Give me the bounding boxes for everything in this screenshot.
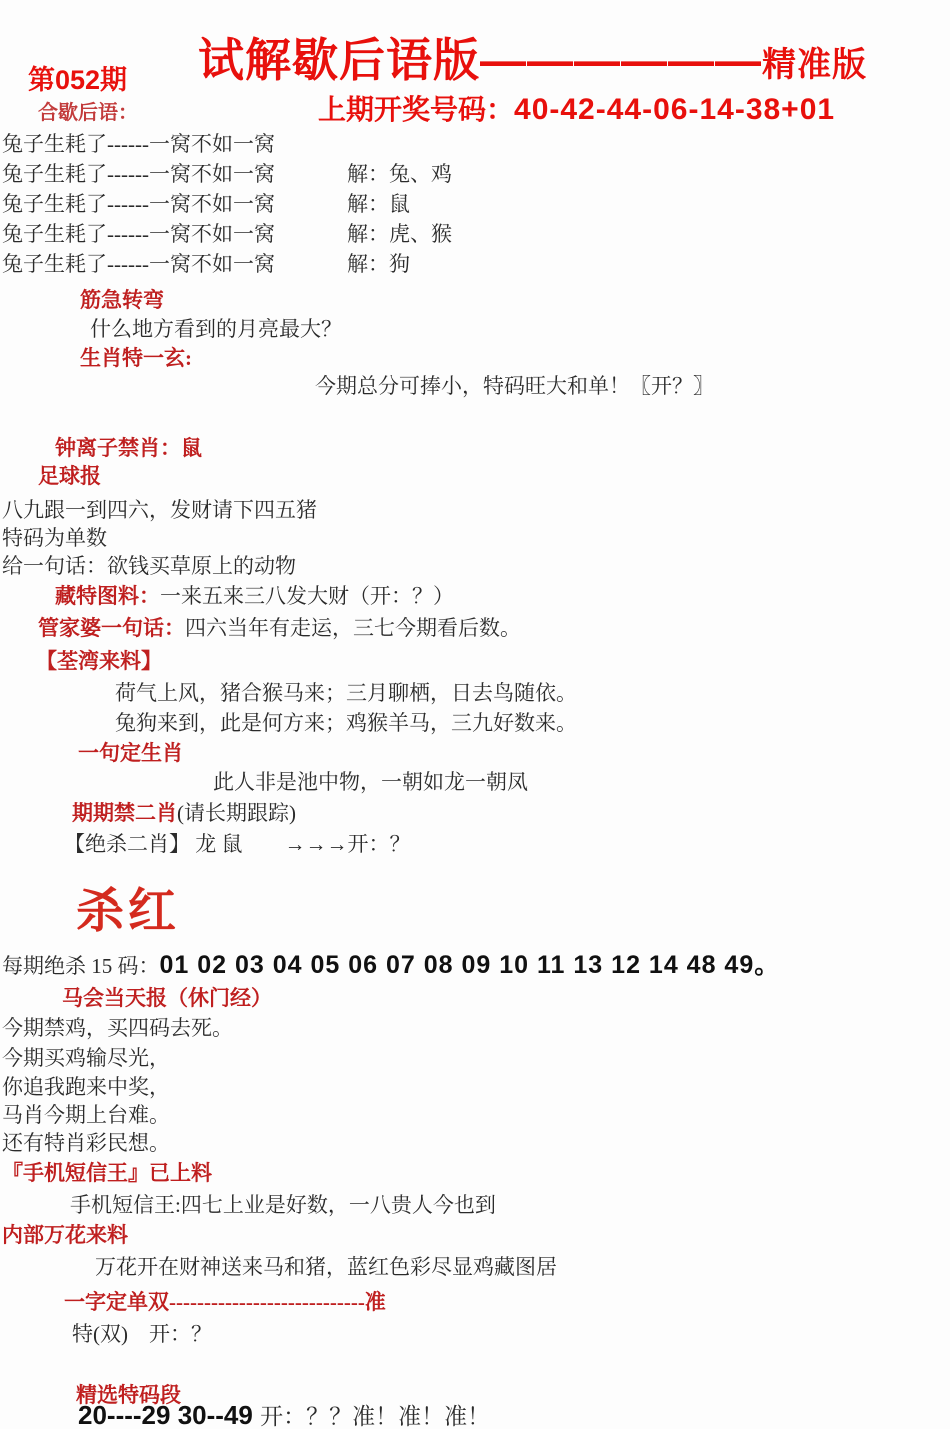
guanjiapo-line: 管家婆一句话：四六当年有走运，三七今期看后数。	[38, 612, 521, 642]
quanwan-line-2: 兔狗来到，此是何方来；鸡猴羊马，三九好数来。	[115, 707, 577, 737]
last-draw-numbers: 40-42-44-06-14-38+01	[514, 93, 835, 126]
riddle-answer: 解：狗	[347, 248, 410, 278]
kill-numbers-label: 每期绝杀 15 码：	[2, 954, 160, 978]
shahong-heading: 杀红	[76, 872, 180, 941]
mahui-line-3: 你追我跑来中奖，	[2, 1071, 170, 1101]
last-draw-line: 上期开奖号码：40-42-44-06-14-38+01	[318, 88, 835, 128]
riddle-answer: 解：鼠	[347, 188, 410, 218]
tema-range-result: 开：？？准！准！准！	[260, 1404, 490, 1429]
tema-range-line: 20----29 30--49 开：？？准！准！准！	[78, 1398, 490, 1429]
page-title-tail: 精准版	[762, 46, 867, 84]
ban-two-heading: 期期禁二肖(请长期跟踪)	[72, 797, 296, 827]
riddle-text: 兔子生耗了------一窝不如一窝	[2, 128, 347, 158]
sms-heading: 『手机短信王』已上料	[2, 1157, 212, 1187]
issue-number: 第052期	[28, 58, 127, 97]
one-sentence-heading: 一句定生肖	[78, 737, 183, 767]
kill-numbers: 01 02 03 04 05 06 07 08 09 10 11 13 12 1…	[160, 951, 781, 979]
riddle-row: 兔子生耗了------一窝不如一窝 解：鼠	[2, 188, 410, 218]
riddle-text: 兔子生耗了------一窝不如一窝	[2, 248, 347, 278]
football-line-2: 特码为单数	[2, 522, 107, 552]
ban-two-label: 期期禁二肖	[72, 801, 177, 825]
page-title: 试解歇后语版——————精准版	[198, 24, 867, 90]
cangte-line: 藏特图料：一来五来三八发大财（开：？）	[55, 580, 454, 610]
page-title-main: 试解歇后语版	[198, 34, 480, 86]
tip-sheet-page: 第052期 试解歇后语版——————精准版 合歇后语： 上期开奖号码：40-42…	[0, 0, 950, 1429]
riddle-text: 兔子生耗了------一窝不如一窝	[2, 158, 347, 188]
one-sentence-line: 此人非是池中物，一朝如龙一朝凤	[213, 766, 528, 796]
riddle-row: 兔子生耗了------一窝不如一窝 解：兔、鸡	[2, 158, 452, 188]
zodiac-special-heading: 生肖特一玄:	[80, 342, 192, 372]
ban-zodiac-line: 钟离子禁肖：鼠	[55, 432, 202, 462]
riddle-row: 兔子生耗了------一窝不如一窝 解：狗	[2, 248, 410, 278]
danshuang-line: 特(双) 开：？	[72, 1318, 212, 1348]
brain-teaser-question: 什么地方看到的月亮最大？	[90, 313, 342, 343]
mahui-line-1: 今期禁鸡，买四码去死。	[2, 1012, 233, 1042]
cangte-label: 藏特图料：	[55, 584, 160, 608]
wanhua-heading: 内部万花来料	[2, 1219, 128, 1249]
mahui-line-4: 马肖今期上台难。	[2, 1099, 170, 1129]
zodiac-special-line: 今期总分可捧小，特码旺大和单！〖开？〗	[315, 370, 714, 400]
riddle-row: 兔子生耗了------一窝不如一窝 解：虎、猴	[2, 218, 452, 248]
wanhua-line: 万花开在财神送来马和猪，蓝红色彩尽显鸡藏图居	[95, 1251, 557, 1281]
mahui-heading: 马会当天报（休门经）	[62, 982, 272, 1012]
riddle-text: 兔子生耗了------一窝不如一窝	[2, 188, 347, 218]
brain-teaser-heading: 筋急转弯	[80, 284, 164, 314]
danshuang-heading: 一字定单双----------------------------准	[64, 1286, 386, 1316]
kill-numbers-line: 每期绝杀 15 码：01 02 03 04 05 06 07 08 09 10 …	[2, 945, 780, 981]
tema-range-numbers: 20----29 30--49	[78, 1400, 260, 1429]
quanwan-line-1: 荷气上风，猪合猴马来；三月聊栖，日去鸟随依。	[115, 677, 577, 707]
guanjiapo-label: 管家婆一句话：	[38, 616, 185, 640]
ban-two-note: (请长期跟踪)	[177, 801, 296, 825]
mahui-line-2: 今期买鸡输尽光，	[2, 1042, 170, 1072]
football-line-1: 八九跟一到四六，发财请下四五猪	[2, 494, 317, 524]
guanjiapo-text: 四六当年有走运，三七今期看后数。	[185, 616, 521, 640]
riddle-answer: 解：虎、猴	[347, 218, 452, 248]
riddle-text: 兔子生耗了------一窝不如一窝	[2, 218, 347, 248]
quanwan-heading: 【荃湾来料】	[36, 645, 162, 675]
cangte-text: 一来五来三八发大财（开：？）	[160, 584, 454, 608]
last-draw-label: 上期开奖号码：	[318, 94, 514, 125]
football-heading: 足球报	[38, 460, 101, 490]
ban-two-kill-line: 【绝杀二肖】 龙 鼠 →→→开：？	[64, 828, 411, 858]
mahui-line-5: 还有特肖彩民想。	[2, 1127, 170, 1157]
page-title-dashes: ——————	[480, 34, 762, 86]
football-line-3: 给一句话：欲钱买草原上的动物	[2, 550, 296, 580]
riddles-heading: 合歇后语：	[38, 96, 138, 125]
riddle-row: 兔子生耗了------一窝不如一窝	[2, 128, 347, 158]
sms-line: 手机短信王:四七上业是好数，一八贵人今也到	[70, 1189, 496, 1219]
riddle-answer: 解：兔、鸡	[347, 158, 452, 188]
